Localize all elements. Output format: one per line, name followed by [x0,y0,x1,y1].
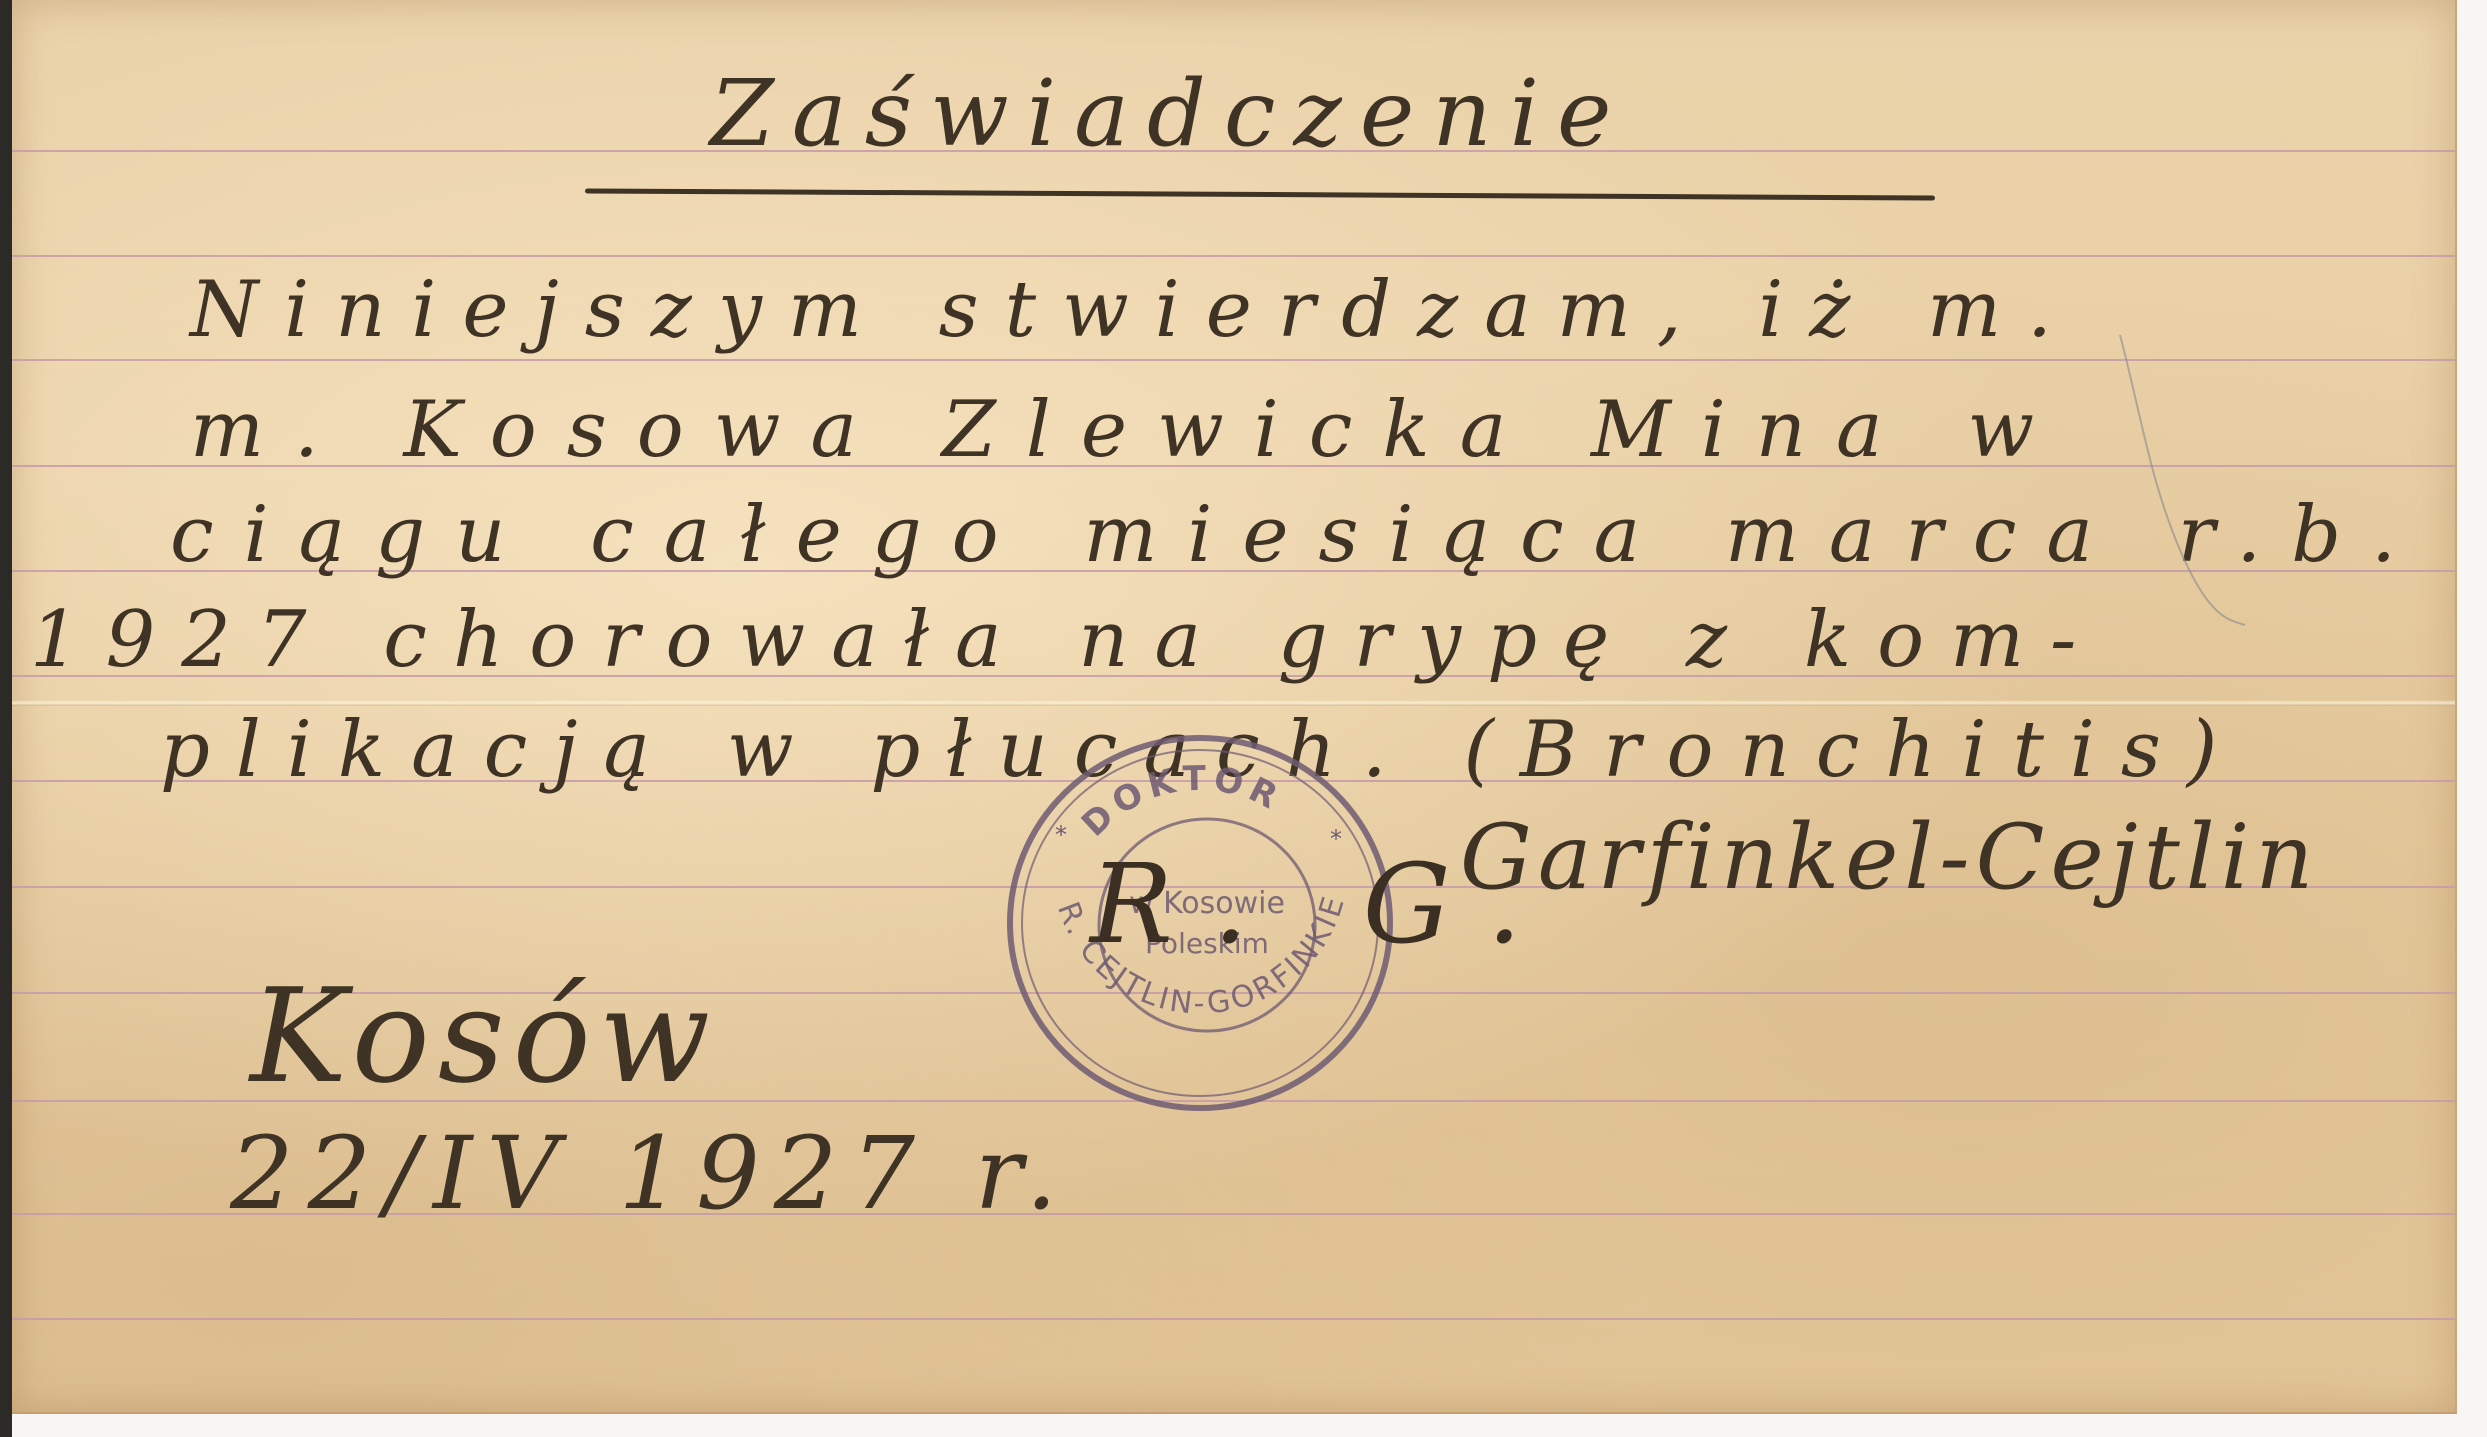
body-line-3: ciągu całego miesiąca marca r.b. [170,490,2426,580]
body-line-1: Niniejszym stwierdzam, iż m. [190,265,2078,355]
ruled-line [12,255,2455,257]
body-line-4: 1927 chorowała na grypę z kom- [30,595,2102,685]
scanner-edge [0,0,12,1437]
place-of-issue: Kosów [250,960,718,1112]
date-of-issue: 22/IV 1927 r. [230,1115,1071,1232]
ruled-line [12,359,2455,361]
body-line-2: m. Kosowa Zlewicka Mina w [190,385,2064,475]
doctor-signature: Garfinkel-Cejtlin [1460,805,2319,910]
document-title: Zaświadczenie [710,60,1629,167]
ruled-line [12,1318,2455,1320]
pencil-mark [2110,330,2250,630]
svg-text:*: * [1055,821,1067,849]
